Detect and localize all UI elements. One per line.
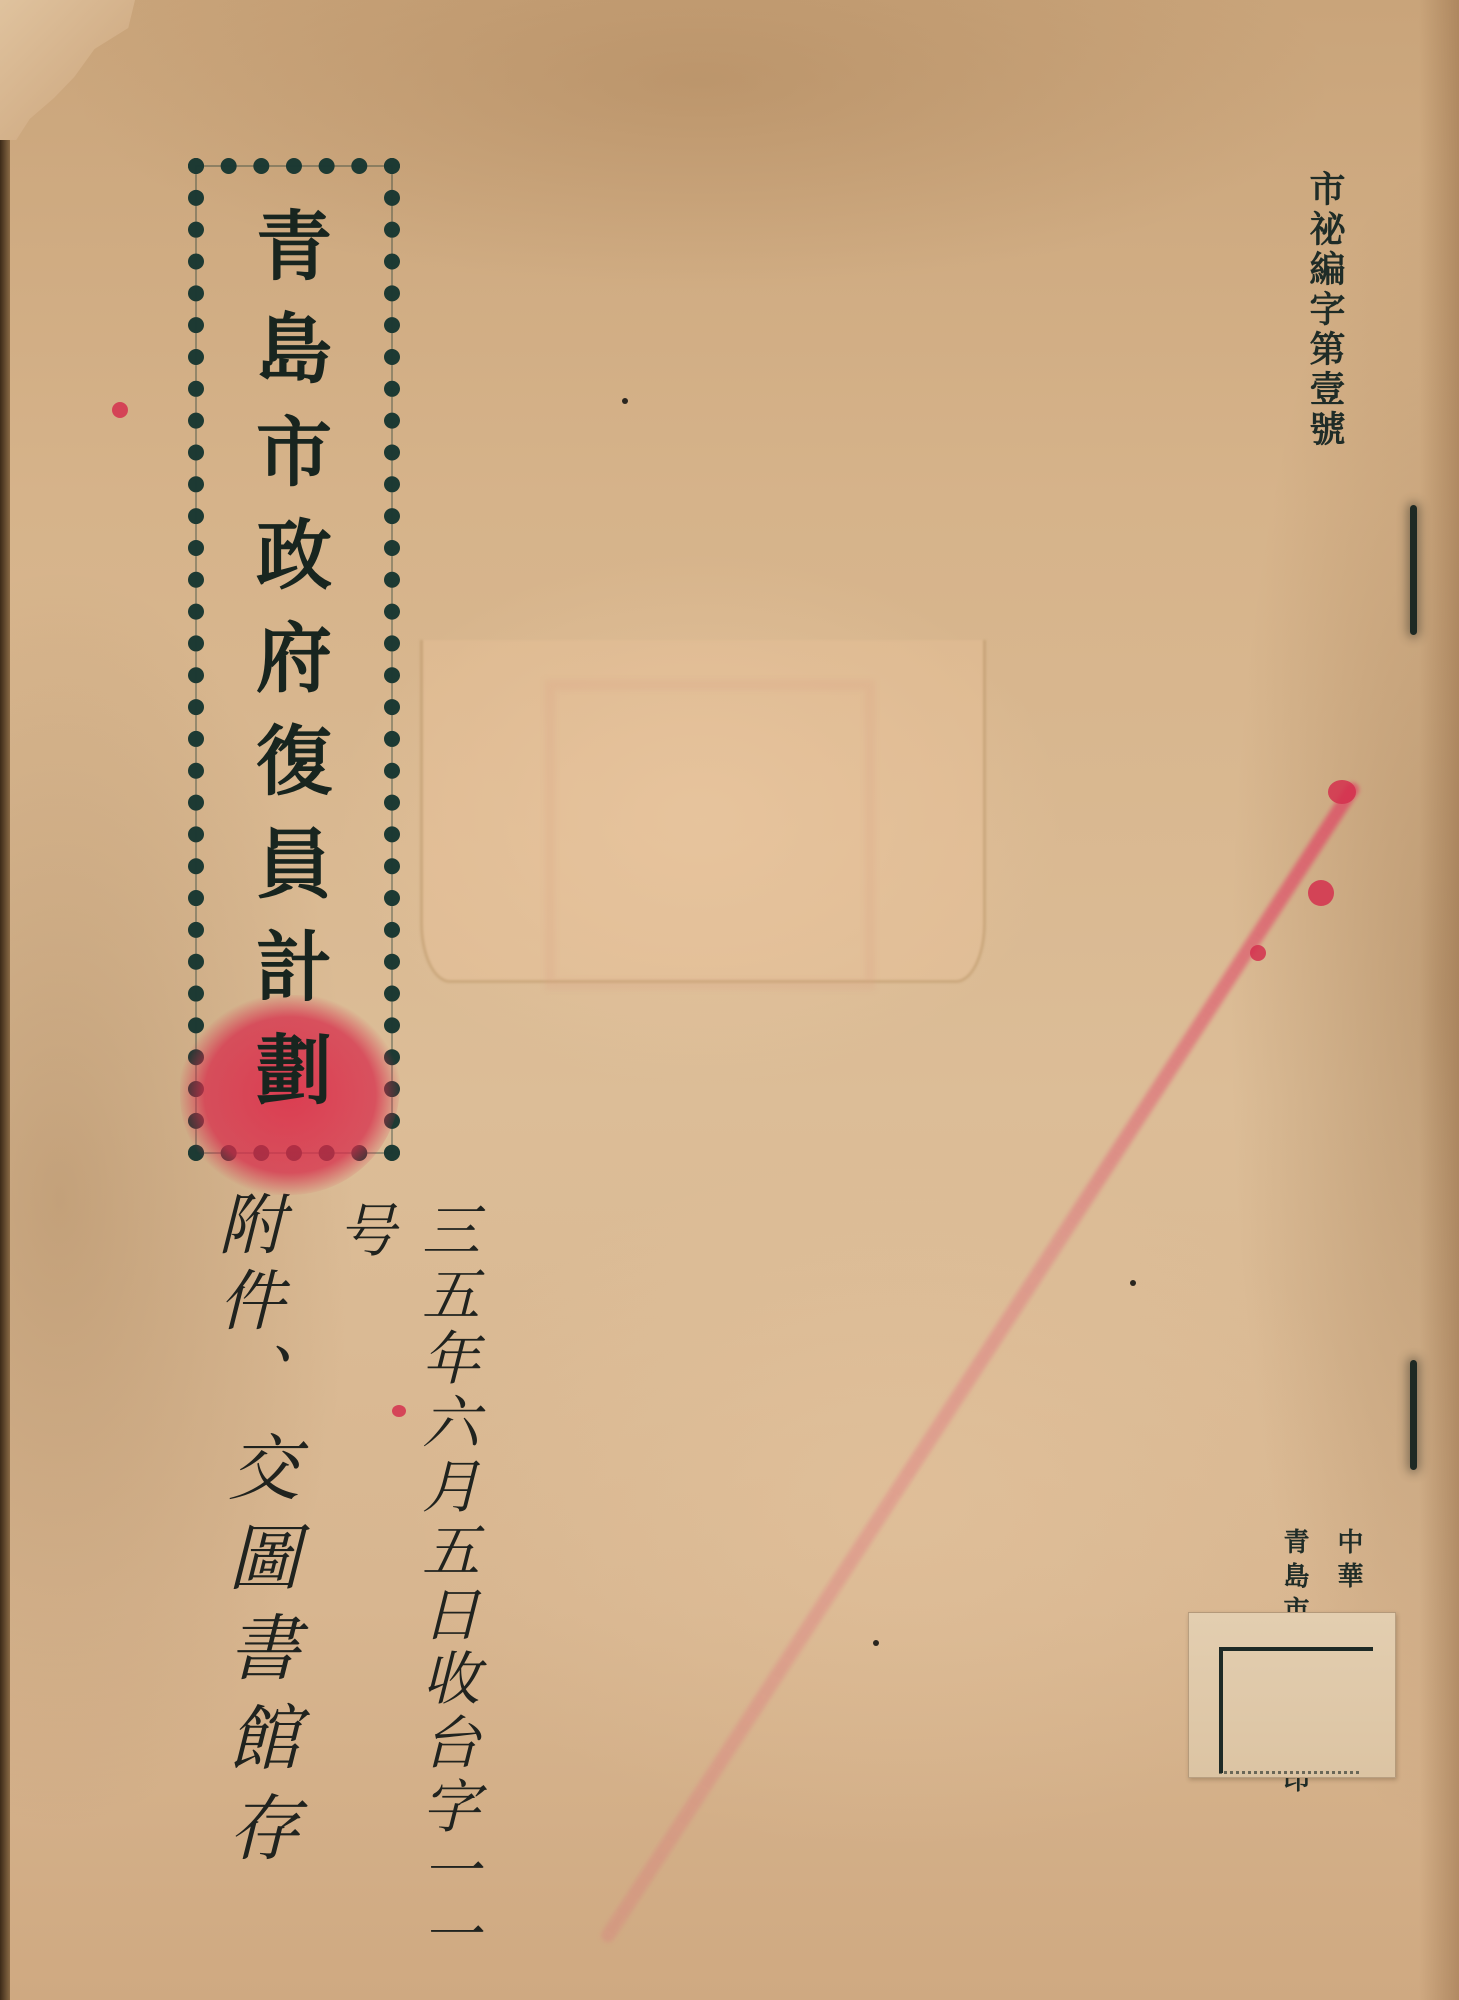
title-char: 政 (256, 504, 332, 607)
serial-number: 市祕編字第壹號 (1300, 170, 1351, 450)
handwritten-attachment-note: 附件、 (198, 1190, 293, 1418)
staple-bottom (1410, 1360, 1417, 1470)
title-char: 復 (256, 710, 332, 813)
red-ink-dot (112, 402, 128, 418)
ink-speck (622, 398, 628, 404)
document-cover: 青 島 市 政 府 復 員 計 劃 市祕編字第壹號 中華 年二月 青島市 審室編… (0, 0, 1459, 2000)
handwritten-received-note: 三五年六月五日收台字一一号 (320, 1200, 488, 2000)
red-ink-dot (1250, 945, 1266, 961)
library-label-sticker (1188, 1612, 1396, 1778)
title-char: 計 (256, 916, 332, 1019)
red-ink-dot (1328, 780, 1356, 804)
right-spine-shadow (1419, 0, 1459, 2000)
ink-speck (1130, 1280, 1136, 1286)
title-char: 府 (256, 607, 332, 710)
torn-corner (0, 0, 135, 140)
document-title: 青 島 市 政 府 復 員 計 劃 (200, 195, 388, 1122)
sticker-dotted-line (1219, 1771, 1359, 1777)
title-char: 市 (256, 401, 332, 504)
faded-stamp-outline (545, 680, 875, 990)
sticker-frame (1219, 1647, 1373, 1773)
ink-speck (873, 1640, 879, 1646)
red-ink-dot (1308, 880, 1334, 906)
title-char: 青 (256, 195, 332, 298)
handwritten-library-note: 交圖書館存 (206, 1430, 310, 1880)
left-binding-edge (0, 140, 10, 2000)
title-char: 員 (256, 813, 332, 916)
title-char: 劃 (256, 1019, 332, 1122)
staple-top (1410, 505, 1417, 635)
title-char: 島 (256, 298, 332, 401)
